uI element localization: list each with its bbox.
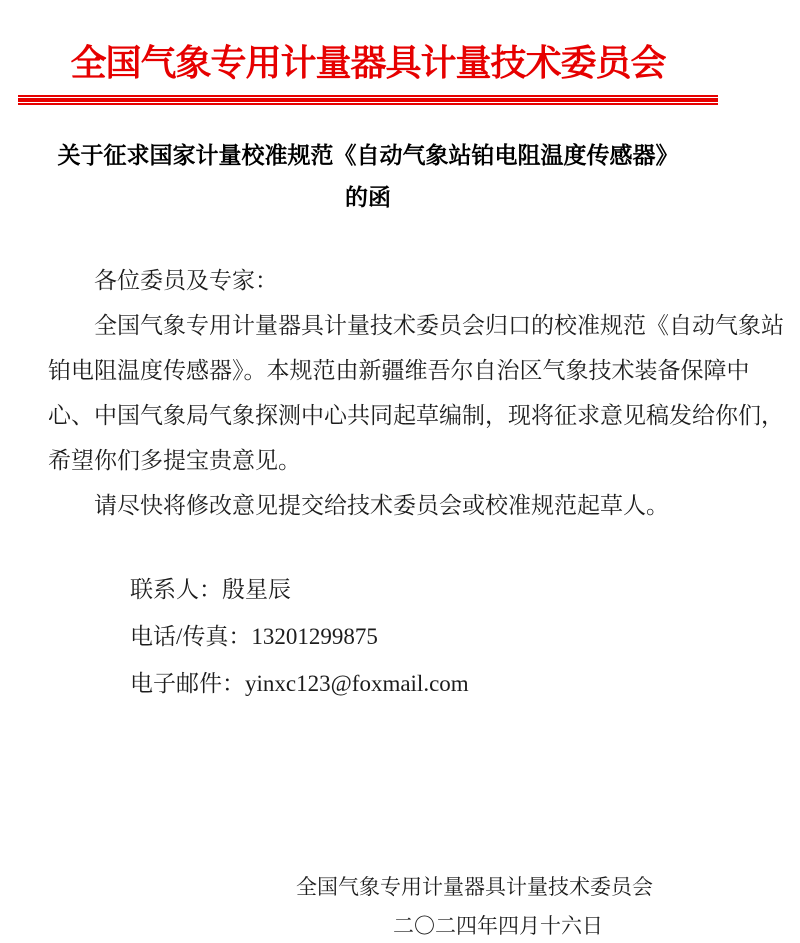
document-page: 全国气象专用计量器具计量技术委员会 关于征求国家计量校准规范《自动气象站铂电阻温…: [0, 0, 800, 943]
signature-date: 二〇二四年四月十六日: [393, 913, 603, 939]
body-line: 铂电阻温度传感器》。本规范由新疆维吾尔自治区气象技术装备保障中: [48, 348, 762, 393]
contact-email: 电子邮件：yinxc123@foxmail.com: [130, 660, 469, 707]
salutation: 各位委员及专家：: [48, 258, 762, 303]
body-line: 心、中国气象局气象探测中心共同起草编制，现将征求意见稿发给你们，: [48, 393, 762, 438]
letter-title-line-1: 关于征求国家计量校准规范《自动气象站铂电阻温度传感器》: [18, 134, 718, 176]
body-line: 希望你们多提宝贵意见。: [48, 438, 762, 483]
letter-title-line-2: 的函: [18, 176, 718, 218]
letterhead-org-title: 全国气象专用计量器具计量技术委员会: [18, 40, 718, 86]
letterhead-divider: [18, 95, 718, 105]
signature-org: 全国气象专用计量器具计量技术委员会: [296, 874, 653, 900]
contact-phone: 电话/传真：13201299875: [130, 613, 469, 660]
body-line: 请尽快将修改意见提交给技术委员会或校准规范起草人。: [48, 483, 762, 528]
divider-thin-line-bottom: [18, 103, 718, 105]
contact-block: 联系人：殷星辰 电话/传真：13201299875 电子邮件：yinxc123@…: [130, 566, 469, 707]
letter-title: 关于征求国家计量校准规范《自动气象站铂电阻温度传感器》 的函: [18, 134, 718, 218]
contact-person: 联系人：殷星辰: [130, 566, 469, 613]
letter-body: 各位委员及专家： 全国气象专用计量器具计量技术委员会归口的校准规范《自动气象站 …: [48, 258, 762, 528]
body-line: 全国气象专用计量器具计量技术委员会归口的校准规范《自动气象站: [48, 303, 762, 348]
